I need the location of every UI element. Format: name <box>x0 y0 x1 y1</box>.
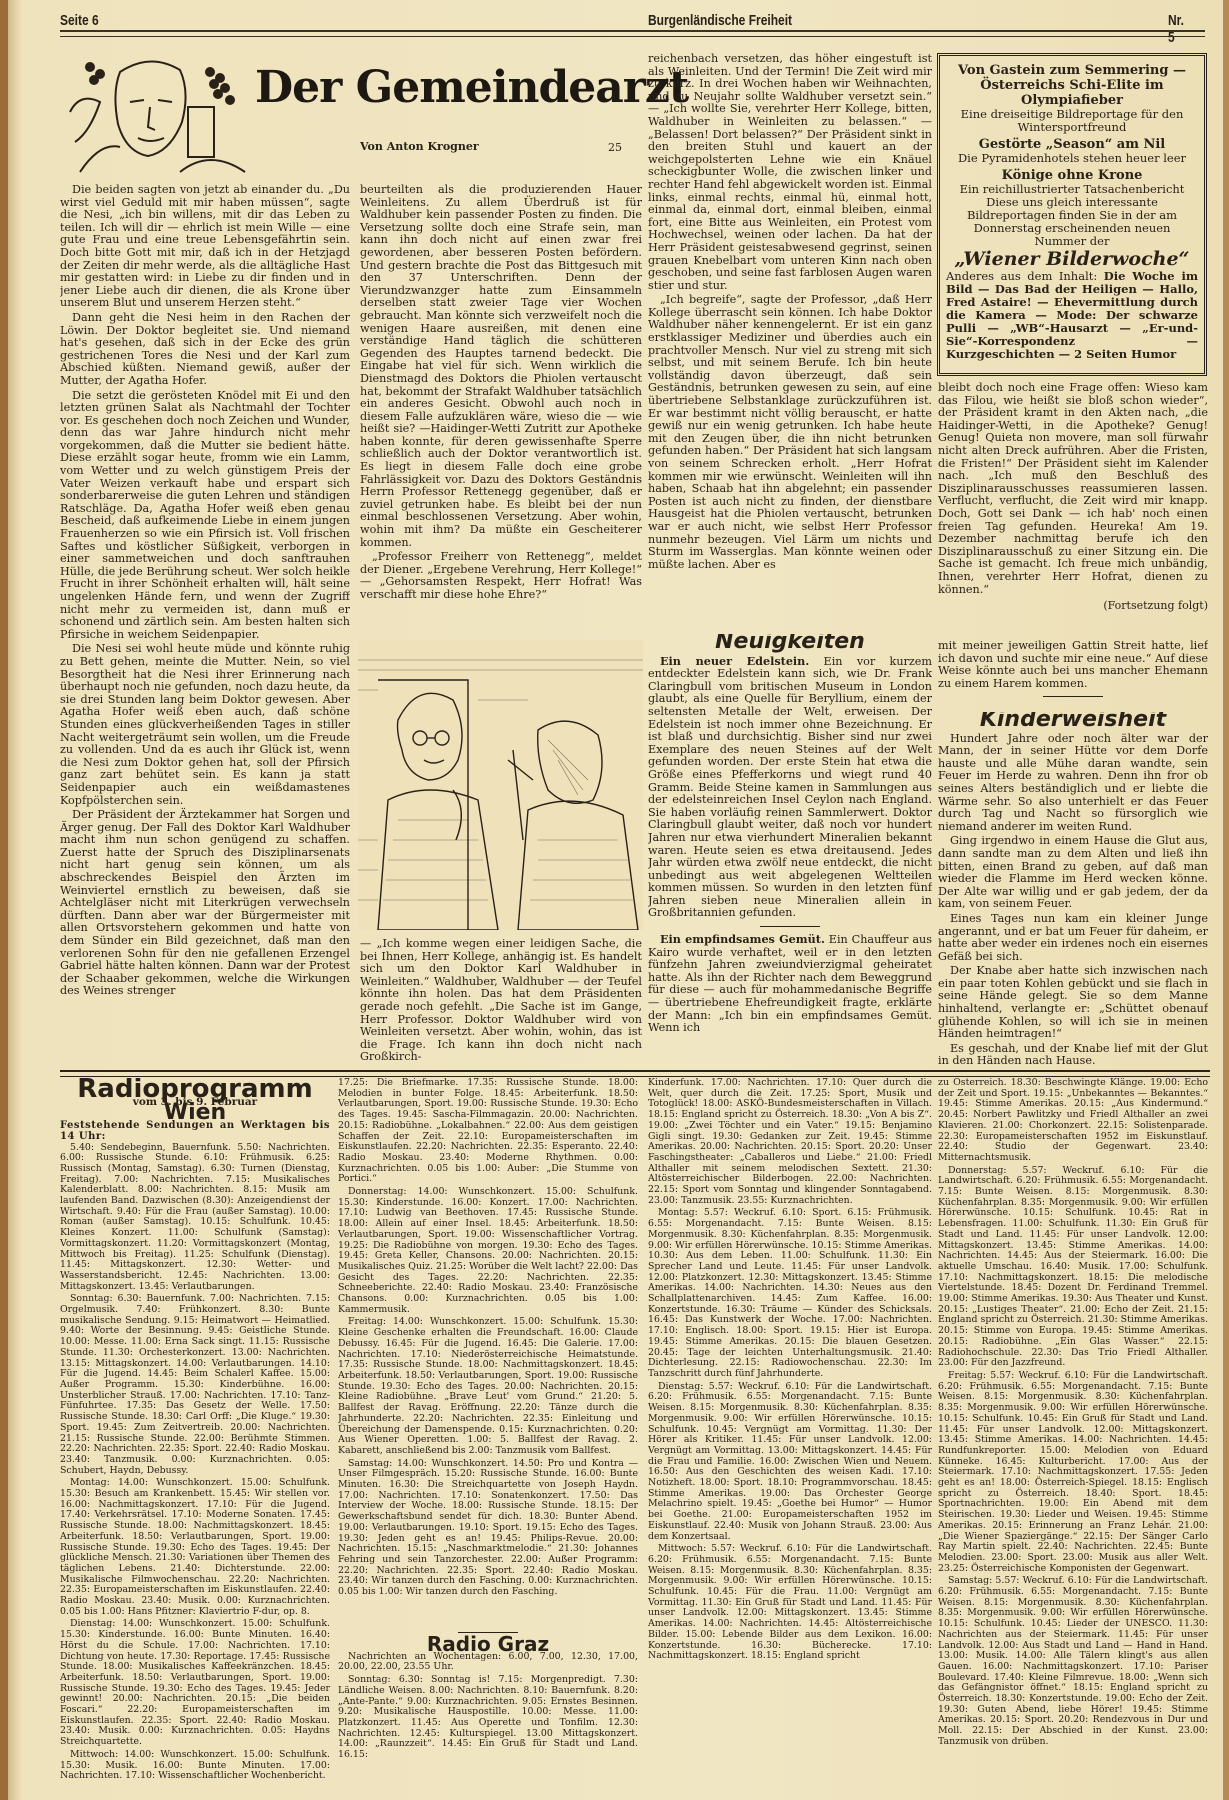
news-section: Neuigkeiten Ein neuer Edelstein. Ein vor… <box>648 634 932 1064</box>
ad-other-list: Die Woche im Bild — Das Bad der Heiligen… <box>946 269 1198 361</box>
radio-day: Freitag: 14.00: Wunschkonzert. 15.00: Sc… <box>338 1317 638 1456</box>
news-item: Ein empfindsames Gemüt. Ein Chauffeur au… <box>648 933 932 1035</box>
kinder-paragraph: Ging irgendwo in einem Hause die Glut au… <box>938 835 1208 911</box>
radio-day: Sonntag: 6.30: Sonntag is! 7.15: Morgenp… <box>338 1675 638 1761</box>
radio-title: Radioprogramm <box>60 1084 330 1095</box>
kinder-paragraph: Es geschah, und der Knabe lief mit der G… <box>938 1043 1208 1064</box>
radio-graz-news: Nachrichten an Wochentagen: 6.00, 7.00, … <box>338 1652 638 1673</box>
serial-header-illustration-icon <box>60 52 260 174</box>
serial-paragraph: „Professor Freiherr von Rettenegg“, meld… <box>360 551 642 601</box>
serial-paragraph: Die setzt die gerösteten Knödel mit Ei u… <box>60 390 350 642</box>
news-heading: Neuigkeiten <box>648 636 932 649</box>
serial-byline: Von Anton Krogner <box>360 140 479 153</box>
serial-paragraph: reichenbach versetzen, das höher eingest… <box>648 53 932 292</box>
serial-column-4: bleibt doch noch eine Frage offen: Wieso… <box>938 382 1208 622</box>
newspaper-name: Burgenländische Freiheit <box>648 12 792 29</box>
continued-note: (Fortsetzung folgt) <box>938 600 1208 613</box>
radio-day: 17.25: Die Briefmarke. 17.35: Russische … <box>338 1078 638 1185</box>
radio-day: Mittwoch: 5.57: Weckruf. 6.10: Für die L… <box>648 1544 932 1662</box>
header-rule <box>60 30 1205 37</box>
ad-headline-3: Könige ohne Krone <box>946 168 1198 183</box>
serial-paragraph: Der Präsident der Ärztekammer hat Sorgen… <box>60 809 350 998</box>
news-continuation: mit meiner jeweiligen Gattin Streit hatt… <box>938 640 1208 710</box>
radio-day: Donnerstag: 5.57: Weckruf. 6.10: Für die… <box>938 1166 1208 1369</box>
serial-column-3: reichenbach versetzen, das höher eingest… <box>648 53 932 623</box>
ad-other-lead: Anderes aus dem Inhalt: <box>946 269 1097 283</box>
page-number: Seite 6 <box>60 12 99 29</box>
serial-paragraph: — „Ich komme wegen einer leidigen Sache,… <box>360 938 642 1064</box>
ad-text-3: Ein reichillustrierter Tatsachenbericht … <box>946 183 1198 248</box>
news-item-title: Ein neuer Edelstein. <box>660 654 809 668</box>
radio-day: Dienstag: 5.57: Weckruf. 6.10: Für die L… <box>648 1382 932 1543</box>
news-item-body: mit meiner jeweiligen Gattin Streit hatt… <box>938 640 1208 690</box>
radio-city-wien: Wien <box>60 1108 330 1119</box>
newspaper-page: Seite 6 Burgenländische Freiheit Nr. 5 D… <box>0 0 1229 1800</box>
page-binding-edge <box>0 0 8 1800</box>
serial-paragraph: Dann geht die Nesi heim in den Rachen de… <box>60 312 350 388</box>
ad-text-1: Eine dreiseitige Bildreportage für den W… <box>946 108 1198 134</box>
serial-column-2-continued: — „Ich komme wegen einer leidigen Sache,… <box>360 938 642 1068</box>
magazine-name: „Wiener Bilderwoche“ <box>946 253 1198 266</box>
divider <box>1043 696 1103 697</box>
section-rule <box>60 1070 1210 1077</box>
news-item: Ein neuer Edelstein. Ein vor kurzem entd… <box>648 655 932 920</box>
serial-column-1: Die beiden sagten von jetzt ab einander … <box>60 184 350 1059</box>
kinderweisheit-heading: Kinderweisheit <box>938 714 1208 727</box>
kinder-paragraph: Der Knabe aber hatte sich inzwischen nac… <box>938 965 1208 1041</box>
serial-paragraph: Die beiden sagten von jetzt ab einander … <box>60 184 350 310</box>
radio-column-3: Kinderfunk. 17.00: Nachrichten. 17.10: Q… <box>648 1078 932 1798</box>
radio-wien-continued: 17.25: Die Briefmarke. 17.35: Russische … <box>338 1078 638 1626</box>
radio-day: Sonntag: 6.30: Bauernfunk. 7.00: Nachric… <box>60 1294 330 1476</box>
radio-graz-title: Radio Graz <box>338 1639 638 1650</box>
serial-paragraph: bleibt doch noch eine Frage offen: Wieso… <box>938 382 1208 596</box>
radio-day: Freitag: 5.57: Weckruf. 6.10: Für die La… <box>938 1371 1208 1574</box>
page-right-edge <box>1223 0 1229 1800</box>
ad-headline-1: Von Gastein zum Semmering — Österreichs … <box>946 63 1198 108</box>
serial-title: Der Gemeindearzt <box>255 62 688 113</box>
serial-paragraph: „Ich begreife“, sagte der Professor, „da… <box>648 294 932 571</box>
radio-column-1: Radioprogramm vom 3. bis 9. Februar Wien… <box>60 1078 330 1798</box>
doctors-conversation-illustration-icon <box>358 640 643 930</box>
radio-column-2: 17.25: Die Briefmarke. 17.35: Russische … <box>338 1078 638 1798</box>
serial-paragraph: Die Nesi sei wohl heute müde und könnte … <box>60 643 350 807</box>
ad-headline-2: Gestörte „Season“ am Nil <box>946 137 1198 152</box>
serial-column-2: beurteilten als die produzierenden Hauer… <box>360 184 642 634</box>
kinder-paragraph: Hundert Jahre oder noch älter war der Ma… <box>938 733 1208 834</box>
radio-day: Dienstag: 14.00: Wunschkonzert. 15.00: S… <box>60 1619 330 1747</box>
radio-column-4: zu Österreich. 18.30: Beschwingte Klänge… <box>938 1078 1208 1768</box>
radio-day: Mittwoch: 14.00: Wunschkonzert. 15.00: S… <box>60 1750 330 1782</box>
radio-day: Donnerstag: 14.00: Wunschkonzert. 15.00:… <box>338 1187 638 1315</box>
radio-fixed-heading: Feststehende Sendungen an Werktagen bis … <box>60 1121 330 1142</box>
news-item-body: Ein Chauffeur aus Kairo wurde verhaftet,… <box>648 933 932 1034</box>
news-item-title: Ein empfindsames Gemüt. <box>660 932 825 946</box>
ad-text-2: Die Pyramidenhotels stehen heuer leer <box>946 152 1198 165</box>
radio-day: zu Österreich. 18.30: Beschwingte Klänge… <box>938 1078 1208 1164</box>
radio-day: 5.40: Sendebeginn, Bauernfunk. 5.50: Nac… <box>60 1143 330 1293</box>
radio-day: Montag: 5.57: Weckruf. 6.10: Sport. 6.15… <box>648 1208 932 1379</box>
radio-day: Samstag: 14.00: Wunschkonzert. 14.50: Pr… <box>338 1459 638 1598</box>
kinderweisheit-section: Kinderweisheit Hundert Jahre oder noch ä… <box>938 712 1208 1064</box>
serial-episode-number: 25 <box>608 141 622 154</box>
radio-day: Kinderfunk. 17.00: Nachrichten. 17.10: Q… <box>648 1078 932 1206</box>
ad-other-contents: Anderes aus dem Inhalt: Die Woche im Bil… <box>946 270 1198 361</box>
divider <box>760 926 820 927</box>
issue-number: Nr. 5 <box>1168 12 1184 46</box>
news-item-body: Ein vor kurzem entdeckter Edelstein kann… <box>648 655 932 920</box>
serial-paragraph: beurteilten als die produzierenden Hauer… <box>360 184 642 549</box>
bilderwoche-ad-box: Von Gastein zum Semmering — Österreichs … <box>937 53 1207 376</box>
page-header: Seite 6 Burgenländische Freiheit Nr. 5 <box>60 8 980 30</box>
radio-day: Montag: 14.00: Wunschkonzert. 15.00: Sch… <box>60 1478 330 1617</box>
radio-day: Samstag: 5.57: Weckruf. 6.10: Für die La… <box>938 1576 1208 1747</box>
kinder-paragraph: Eines Tages nun kam ein kleiner Junge an… <box>938 913 1208 963</box>
